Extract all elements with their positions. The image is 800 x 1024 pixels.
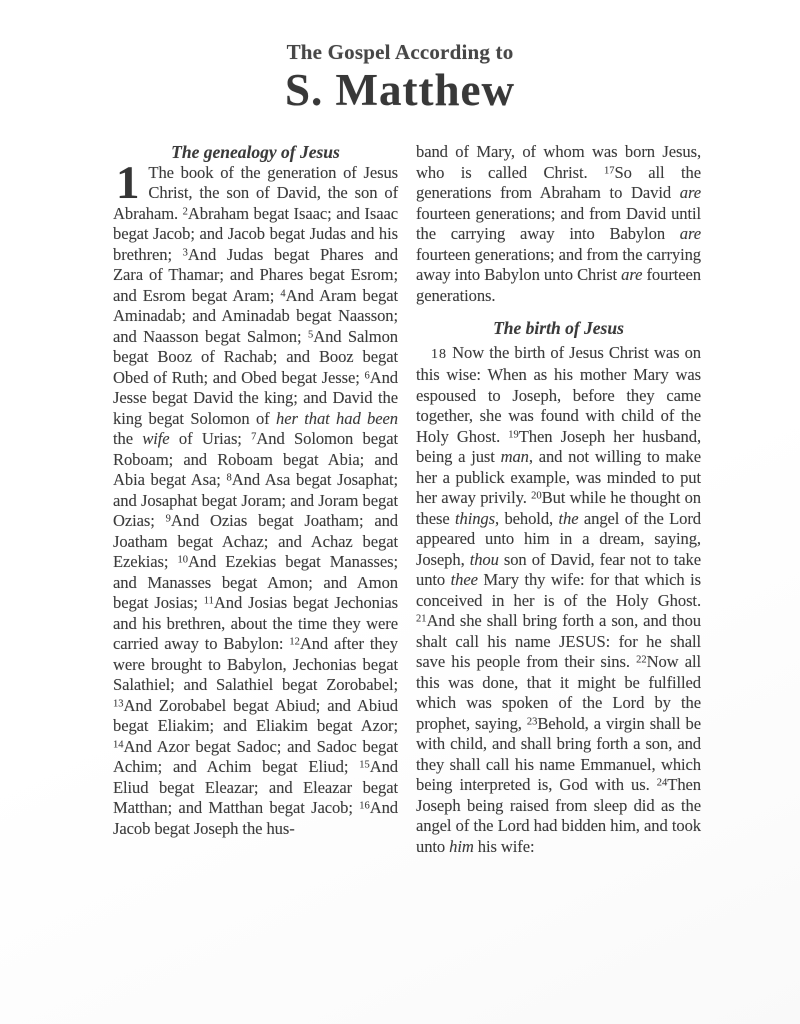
genealogy-continuation-text: band of Mary, of whom was born Jesus, wh… <box>416 142 701 306</box>
section-heading-genealogy: The genealogy of Jesus <box>113 142 398 163</box>
book-title: S. Matthew <box>0 66 800 114</box>
genealogy-paragraph: 1The book of the generation of Jesus Chr… <box>113 163 398 840</box>
section-heading-birth: The birth of Jesus <box>416 318 701 339</box>
gospel-kicker: The Gospel According to <box>0 40 800 65</box>
birth-of-jesus-text: 18 Now the birth of Jesus Christ was on … <box>416 343 701 858</box>
genealogy-text: The book of the generation of Jesus Chri… <box>113 163 398 838</box>
left-column: The genealogy of Jesus 1The book of the … <box>113 142 398 857</box>
right-column: band of Mary, of whom was born Jesus, wh… <box>416 142 701 857</box>
page-header: The Gospel According to S. Matthew <box>0 0 800 114</box>
text-columns: The genealogy of Jesus 1The book of the … <box>113 142 701 857</box>
scanned-bible-page: The Gospel According to S. Matthew The g… <box>0 0 800 1024</box>
chapter-number: 1 <box>113 163 148 202</box>
